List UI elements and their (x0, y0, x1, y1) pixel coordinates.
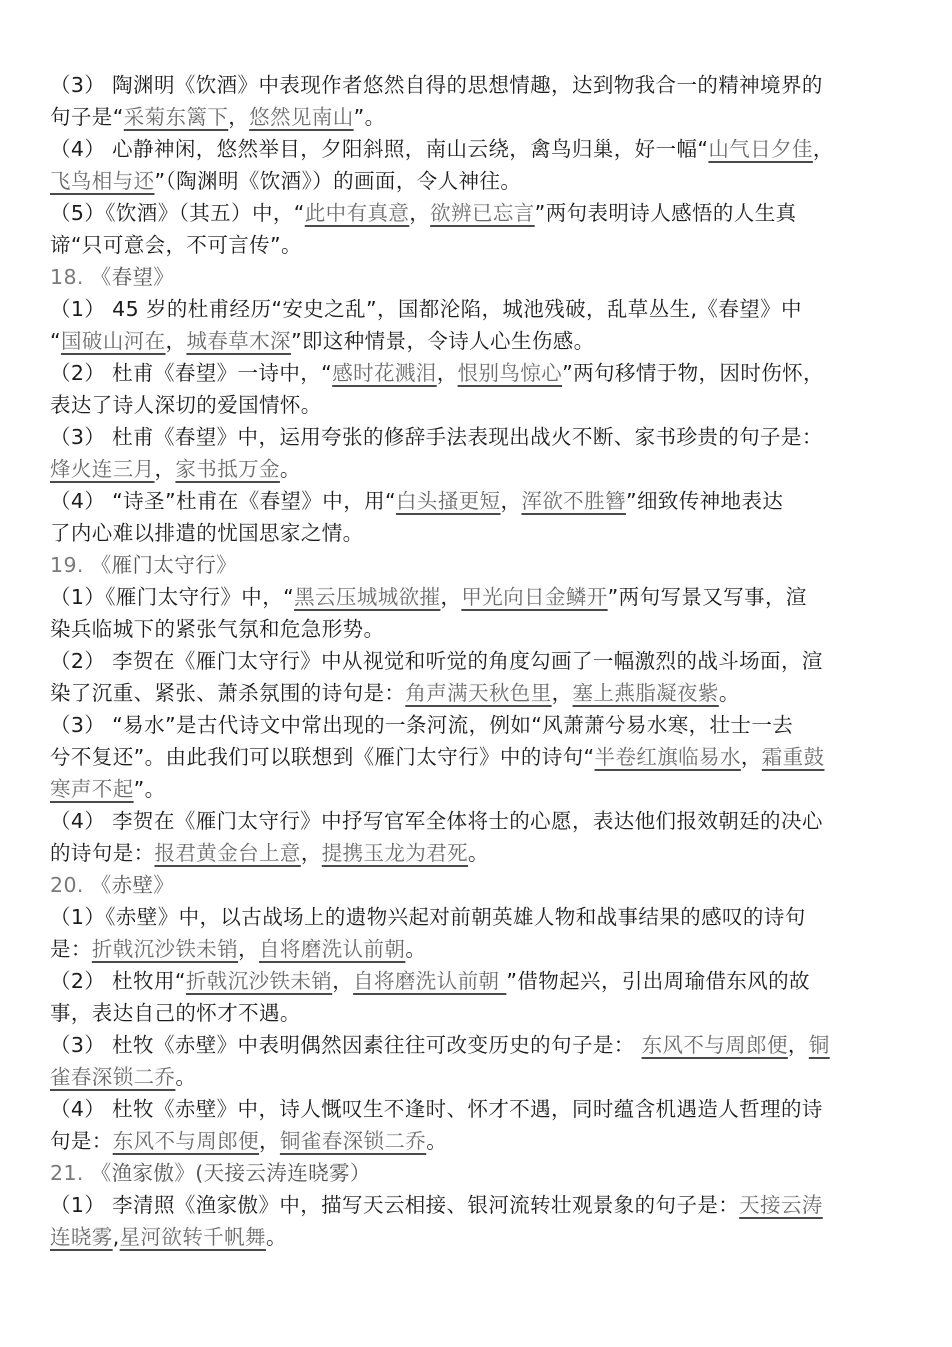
text-line: 是：折戟沉沙铁未销，自将磨洗认前朝。 (50, 933, 910, 965)
text-span: 了内心难以排遣的忧国思家之情。 (50, 521, 364, 545)
text-line: （1）《赤壁》中，以古战场上的遗物兴起对前朝英雄人物和战事结果的感叹的诗句 (50, 901, 910, 933)
text-line: （1） 45 岁的杜甫经历“安史之乱”，国都沦陷，城池残破，乱草丛生,《春望》中 (50, 293, 910, 325)
text-span: ， (437, 361, 458, 385)
text-line: 了内心难以排遣的忧国思家之情。 (50, 517, 910, 549)
section-heading: 18. 《春望》 (50, 261, 910, 293)
text-line: “国破山河在，城春草木深”即这种情景，令诗人心生伤感。 (50, 325, 910, 357)
text-span: （5）《饮酒》（其五）中，“ (50, 201, 305, 225)
answer-fill: 家书抵万金 (175, 457, 280, 481)
text-span: （3） “易水”是古代诗文中常出现的一条河流，例如“风萧萧兮易水寒，壮士一去 (50, 713, 793, 737)
text-span: 。 (280, 457, 301, 481)
section-number: 20. (50, 873, 84, 897)
answer-fill: 东风不与周郎便 (113, 1129, 259, 1153)
text-span: 。 (266, 1225, 287, 1249)
text-span: ， (238, 937, 259, 961)
text-line: 连晓雾,星河欲转千帆舞。 (50, 1221, 910, 1253)
text-span: “ (50, 329, 61, 353)
section-heading: 21. 《渔家傲》(天接云涛连晓雾） (50, 1157, 910, 1189)
answer-fill: 连晓雾 (50, 1225, 113, 1249)
text-span: ”。 (134, 777, 166, 801)
answer-fill: 甲光向日金鳞开 (461, 585, 607, 609)
text-span: （3） 杜甫《春望》中，运用夸张的修辞手法表现出战火不断、家书珍贵的句子是： (50, 425, 823, 449)
section-title: 《春望》 (91, 265, 175, 289)
text-span: ”细致传神地表达 (626, 489, 783, 513)
text-line: （3） “易水”是古代诗文中常出现的一条河流，例如“风萧萧兮易水寒，壮士一去 (50, 709, 910, 741)
text-line: （3） 杜甫《春望》中，运用夸张的修辞手法表现出战火不断、家书珍贵的句子是： (50, 421, 910, 453)
text-span: （4） 李贺在《雁门太守行》中抒写官军全体将士的心愿，表达他们报效朝廷的决心 (50, 809, 823, 833)
text-span: 的诗句是： (50, 841, 155, 865)
text-span: ”两句写景又写事，渲 (608, 585, 807, 609)
text-span: ”（陶渊明《饮酒》）的画面，令人神往。 (155, 169, 522, 193)
section-number: 18. (50, 265, 84, 289)
text-span: ， (228, 105, 249, 129)
text-line: （5）《饮酒》（其五）中，“此中有真意，欲辨已忘言”两句表明诗人感悟的人生真 (50, 197, 910, 229)
text-span: 谛“只可意会，不可言传”。 (50, 233, 302, 257)
text-span: （1）《赤壁》中，以古战场上的遗物兴起对前朝英雄人物和战事结果的感叹的诗句 (50, 905, 806, 929)
text-span: ， (155, 457, 176, 481)
text-span: ， (259, 1129, 280, 1153)
answer-fill: 国破山河在 (61, 329, 166, 353)
text-span: 染了沉重、紧张、萧杀氛围的诗句是： (50, 681, 405, 705)
answer-fill: 铜雀春深锁二乔 (280, 1129, 426, 1153)
text-span: （3） 陶渊明《饮酒》中表现作者悠然自得的思想情趣，达到物我合一的精神境界的 (50, 73, 823, 97)
text-span: 。 (719, 681, 740, 705)
answer-fill: 雀春深锁二乔 (50, 1065, 175, 1089)
text-span: 是： (50, 937, 92, 961)
answer-fill: 东风不与周郎便 (642, 1033, 788, 1057)
answer-fill: 山气日夕佳 (708, 137, 813, 161)
text-span: ”。 (354, 105, 386, 129)
answer-fill: 天接云涛 (739, 1193, 823, 1217)
section-heading: 20. 《赤壁》 (50, 869, 910, 901)
text-line: 谛“只可意会，不可言传”。 (50, 229, 910, 261)
text-span: 兮不复还”。由此我们可以联想到《雁门太守行》中的诗句“ (50, 745, 595, 769)
text-span: 。 (175, 1065, 196, 1089)
answer-fill: 此中有真意 (305, 201, 410, 225)
answer-fill: 浑欲不胜簪 (521, 489, 626, 513)
document-page: （3） 陶渊明《饮酒》中表现作者悠然自得的思想情趣，达到物我合一的精神境界的句子… (50, 69, 910, 1253)
section-number: 21. (50, 1161, 84, 1185)
answer-fill: 角声满天秋色里 (405, 681, 551, 705)
text-line: （2） 李贺在《雁门太守行》中从视觉和听觉的角度勾画了一幅激烈的战斗场面，渲 (50, 645, 910, 677)
text-span: （4） “诗圣”杜甫在《春望》中，用“ (50, 489, 396, 513)
answer-fill: 折戟沉沙铁未销 (186, 969, 332, 993)
text-line: （4） 杜牧《赤壁》中，诗人慨叹生不逢时、怀才不遇，同时蕴含机遇造人哲理的诗 (50, 1093, 910, 1125)
text-span: （4） 杜牧《赤壁》中，诗人慨叹生不逢时、怀才不遇，同时蕴含机遇造人哲理的诗 (50, 1097, 823, 1121)
answer-fill: 星河欲转千帆舞 (120, 1225, 266, 1249)
answer-fill: 霜重鼓 (762, 745, 825, 769)
text-span: ， (409, 201, 430, 225)
text-span: （2） 杜甫《春望》一诗中，“ (50, 361, 332, 385)
answer-fill: 烽火连三月 (50, 457, 155, 481)
answer-fill: 城春草木深 (186, 329, 291, 353)
section-heading: 19. 《雁门太守行》 (50, 549, 910, 581)
answer-fill: 白头搔更短 (396, 489, 501, 513)
text-span: 。 (405, 937, 426, 961)
text-line: （1） 李清照《渔家傲》中，描写天云相接、银河流转壮观景象的句子是：天接云涛 (50, 1189, 910, 1221)
text-line: 句子是“采菊东篱下，悠然见南山”。 (50, 101, 910, 133)
answer-fill: 恨别鸟惊心 (458, 361, 563, 385)
text-span: （1） 李清照《渔家傲》中，描写天云相接、银河流转壮观景象的句子是： (50, 1193, 739, 1217)
text-span: ”即这种情景，令诗人心生伤感。 (291, 329, 595, 353)
text-span: ， (552, 681, 573, 705)
text-span: ， (813, 137, 834, 161)
text-line: （3） 陶渊明《饮酒》中表现作者悠然自得的思想情趣，达到物我合一的精神境界的 (50, 69, 910, 101)
text-span: ”两句表明诗人感悟的人生真 (535, 201, 797, 225)
text-span: （1）《雁门太守行》中，“ (50, 585, 294, 609)
text-line: 兮不复还”。由此我们可以联想到《雁门太守行》中的诗句“半卷红旗临易水，霜重鼓 (50, 741, 910, 773)
text-span: ”两句移情于物，因时伤怀， (562, 361, 824, 385)
text-line: （3） 杜牧《赤壁》中表明偶然因素往往可改变历史的句子是： 东风不与周郎便，铜 (50, 1029, 910, 1061)
text-line: （2） 杜牧用“折戟沉沙铁未销，自将磨洗认前朝 ”借物起兴，引出周瑜借东风的故 (50, 965, 910, 997)
text-span: （3） 杜牧《赤壁》中表明偶然因素往往可改变历史的句子是： (50, 1033, 642, 1057)
answer-fill: 塞上燕脂凝夜紫 (573, 681, 719, 705)
answer-fill: 折戟沉沙铁未销 (92, 937, 238, 961)
text-span: （2） 杜牧用“ (50, 969, 186, 993)
text-span: ， (440, 585, 461, 609)
section-number: 19. (50, 553, 84, 577)
text-span: 表达了诗人深切的爱国情怀。 (50, 393, 322, 417)
text-line: 表达了诗人深切的爱国情怀。 (50, 389, 910, 421)
answer-fill: 提携玉龙为君死 (322, 841, 468, 865)
answer-fill: 欲辨已忘言 (430, 201, 535, 225)
text-line: 染了沉重、紧张、萧杀氛围的诗句是：角声满天秋色里，塞上燕脂凝夜紫。 (50, 677, 910, 709)
text-line: 句是：东风不与周郎便，铜雀春深锁二乔。 (50, 1125, 910, 1157)
text-span: ， (166, 329, 187, 353)
text-line: 事，表达自己的怀才不遇。 (50, 997, 910, 1029)
text-span: （2） 李贺在《雁门太守行》中从视觉和听觉的角度勾画了一幅激烈的战斗场面，渲 (50, 649, 823, 673)
text-line: （4） 心静神闲，悠然举目，夕阳斜照，南山云绕，禽鸟归巢，好一幅“山气日夕佳， (50, 133, 910, 165)
text-span: （4） 心静神闲，悠然举目，夕阳斜照，南山云绕，禽鸟归巢，好一幅“ (50, 137, 708, 161)
section-title: 《赤壁》 (91, 873, 175, 897)
text-span: ， (741, 745, 762, 769)
text-line: 染兵临城下的紧张气氛和危急形势。 (50, 613, 910, 645)
text-span: ， (501, 489, 522, 513)
text-span: （1） 45 岁的杜甫经历“安史之乱”，国都沦陷，城池残破，乱草丛生,《春望》中 (50, 297, 802, 321)
answer-fill: 自将磨洗认前朝 (259, 937, 405, 961)
text-line: 飞鸟相与还”（陶渊明《饮酒》）的画面，令人神往。 (50, 165, 910, 197)
text-span: ”借物起兴，引出周瑜借东风的故 (506, 969, 810, 993)
text-line: 烽火连三月，家书抵万金。 (50, 453, 910, 485)
text-span: , (113, 1225, 120, 1249)
text-span: ， (301, 841, 322, 865)
section-title: 《雁门太守行》 (91, 553, 237, 577)
answer-fill: 悠然见南山 (249, 105, 354, 129)
text-line: 雀春深锁二乔。 (50, 1061, 910, 1093)
text-span: ， (788, 1033, 809, 1057)
answer-fill: 采菊东篱下 (124, 105, 229, 129)
text-span: 。 (468, 841, 489, 865)
text-line: （4） 李贺在《雁门太守行》中抒写官军全体将士的心愿，表达他们报效朝廷的决心 (50, 805, 910, 837)
text-line: 寒声不起”。 (50, 773, 910, 805)
text-line: 的诗句是：报君黄金台上意，提携玉龙为君死。 (50, 837, 910, 869)
answer-fill: 感时花溅泪 (332, 361, 437, 385)
text-span: 。 (426, 1129, 447, 1153)
text-span: 染兵临城下的紧张气氛和危急形势。 (50, 617, 384, 641)
text-span: 句是： (50, 1129, 113, 1153)
section-title: 《渔家傲》(天接云涛连晓雾） (91, 1161, 371, 1185)
answer-fill: 半卷红旗临易水 (595, 745, 741, 769)
text-line: （2） 杜甫《春望》一诗中，“感时花溅泪，恨别鸟惊心”两句移情于物，因时伤怀， (50, 357, 910, 389)
answer-fill: 飞鸟相与还 (50, 169, 155, 193)
text-line: （4） “诗圣”杜甫在《春望》中，用“白头搔更短，浑欲不胜簪”细致传神地表达 (50, 485, 910, 517)
text-span: 事，表达自己的怀才不遇。 (50, 1001, 301, 1025)
answer-fill: 自将磨洗认前朝 (353, 969, 506, 993)
text-line: （1）《雁门太守行》中，“黑云压城城欲摧，甲光向日金鳞开”两句写景又写事，渲 (50, 581, 910, 613)
answer-fill: 寒声不起 (50, 777, 134, 801)
text-span: 句子是“ (50, 105, 124, 129)
answer-fill: 报君黄金台上意 (155, 841, 301, 865)
text-span: ， (332, 969, 353, 993)
answer-fill: 黑云压城城欲摧 (294, 585, 440, 609)
answer-fill: 铜 (809, 1033, 830, 1057)
